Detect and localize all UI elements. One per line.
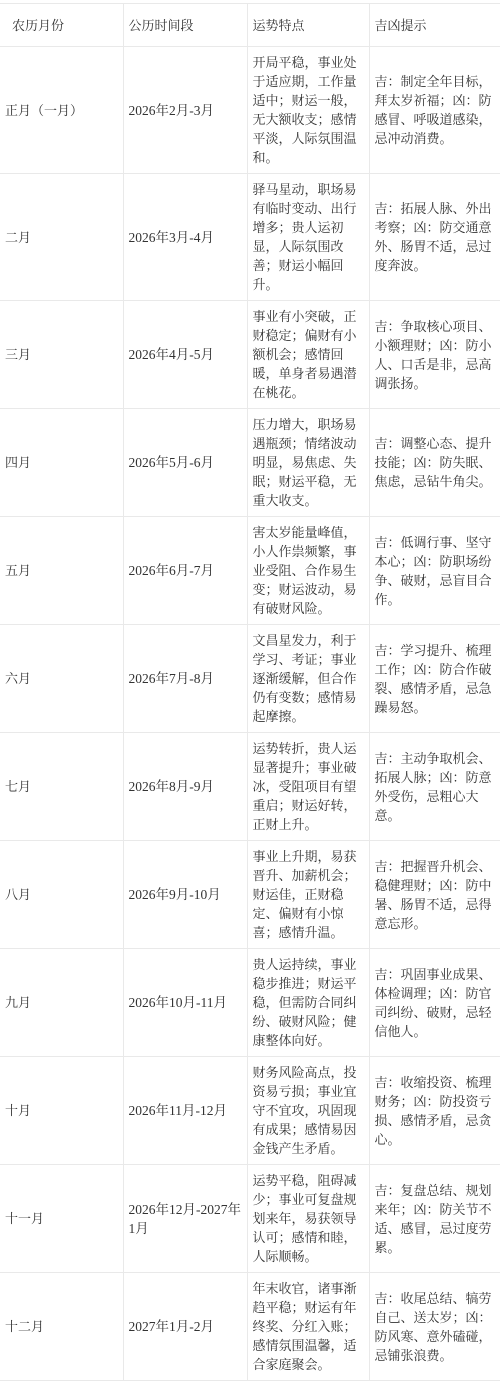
- table-row: 六月 2026年7月-8月 文昌星发力，利于学习、考证；事业逐渐缓解，但合作仍有…: [0, 625, 500, 733]
- table-row: 四月 2026年5月-6月 压力增大，职场易遇瓶颈；情绪波动明显，易焦虑、失眠；…: [0, 409, 500, 517]
- month-cell: 六月: [0, 625, 123, 733]
- month-cell: 十一月: [0, 1165, 123, 1273]
- monthly-fortune-table: 农历月份 公历时间段 运势特点 吉凶提示 正月（一月） 2026年2月-3月 开…: [0, 3, 500, 1381]
- table-row: 八月 2026年9月-10月 事业上升期，易获晋升、加薪机会；财运佳，正财稳定、…: [0, 841, 500, 949]
- table-row: 正月（一月） 2026年2月-3月 开局平稳，事业处于适应期，工作量适中；财运一…: [0, 47, 500, 174]
- table-row: 二月 2026年3月-4月 驿马星动，职场易有临时变动、出行增多；贵人运初显，人…: [0, 174, 500, 301]
- period-cell: 2026年6月-7月: [123, 517, 247, 625]
- features-cell: 事业有小突破，正财稳定；偏财有小额机会；感情回暖，单身者易遇潜在桃花。: [247, 301, 369, 409]
- features-cell: 文昌星发力，利于学习、考证；事业逐渐缓解，但合作仍有变数；感情易起摩擦。: [247, 625, 369, 733]
- month-cell: 五月: [0, 517, 123, 625]
- table-row: 九月 2026年10月-11月 贵人运持续，事业稳步推进；财运平稳，但需防合同纠…: [0, 949, 500, 1057]
- month-cell: 九月: [0, 949, 123, 1057]
- tips-cell: 吉：主动争取机会、拓展人脉；凶：防意外受伤，忌粗心大意。: [369, 733, 500, 841]
- tips-cell: 吉：复盘总结、规划来年；凶：防关节不适、感冒，忌过度劳累。: [369, 1165, 500, 1273]
- period-cell: 2026年11月-12月: [123, 1057, 247, 1165]
- column-header-period: 公历时间段: [123, 4, 247, 47]
- features-cell: 运势平稳，阻碍减少；事业可复盘规划来年，易获领导认可；感情和睦，人际顺畅。: [247, 1165, 369, 1273]
- header-row: 农历月份 公历时间段 运势特点 吉凶提示: [0, 4, 500, 47]
- month-cell: 二月: [0, 174, 123, 301]
- period-cell: 2026年7月-8月: [123, 625, 247, 733]
- table-row: 十一月 2026年12月-2027年1月 运势平稳，阻碍减少；事业可复盘规划来年…: [0, 1165, 500, 1273]
- table-row: 五月 2026年6月-7月 害太岁能量峰值，小人作祟频繁，事业受阻、合作易生变；…: [0, 517, 500, 625]
- tips-cell: 吉：学习提升、梳理工作；凶：防合作破裂、感情矛盾，忌急躁易怒。: [369, 625, 500, 733]
- features-cell: 开局平稳，事业处于适应期，工作量适中；财运一般，无大额收支；感情平淡，人际氛围温…: [247, 47, 369, 174]
- column-header-lunar-month: 农历月份: [0, 4, 123, 47]
- tips-cell: 吉：巩固事业成果、体检调理；凶：防官司纠纷、破财，忌轻信他人。: [369, 949, 500, 1057]
- table-row: 十月 2026年11月-12月 财务风险高点，投资易亏损；事业宜守不宜攻，巩固现…: [0, 1057, 500, 1165]
- tips-cell: 吉：收尾总结、犒劳自己、送太岁；凶：防风寒、意外磕碰，忌铺张浪费。: [369, 1273, 500, 1381]
- month-cell: 十月: [0, 1057, 123, 1165]
- tips-cell: 吉：制定全年目标，拜太岁祈福；凶：防感冒、呼吸道感染，忌冲动消费。: [369, 47, 500, 174]
- features-cell: 驿马星动，职场易有临时变动、出行增多；贵人运初显，人际氛围改善；财运小幅回升。: [247, 174, 369, 301]
- features-cell: 财务风险高点，投资易亏损；事业宜守不宜攻，巩固现有成果；感情易因金钱产生矛盾。: [247, 1057, 369, 1165]
- month-cell: 正月（一月）: [0, 47, 123, 174]
- features-cell: 贵人运持续，事业稳步推进；财运平稳，但需防合同纠纷、破财风险；健康整体向好。: [247, 949, 369, 1057]
- tips-cell: 吉：低调行事、坚守本心；凶：防职场纷争、破财，忌盲目合作。: [369, 517, 500, 625]
- features-cell: 年末收官，诸事渐趋平稳；财运有年终奖、分红入账；感情氛围温馨，适合家庭聚会。: [247, 1273, 369, 1381]
- features-cell: 事业上升期，易获晋升、加薪机会；财运佳，正财稳定、偏财有小惊喜；感情升温。: [247, 841, 369, 949]
- features-cell: 运势转折，贵人运显著提升；事业破冰，受阻项目有望重启；财运好转，正财上升。: [247, 733, 369, 841]
- page: 农历月份 公历时间段 运势特点 吉凶提示 正月（一月） 2026年2月-3月 开…: [0, 0, 500, 1381]
- table-row: 十二月 2027年1月-2月 年末收官，诸事渐趋平稳；财运有年终奖、分红入账；感…: [0, 1273, 500, 1381]
- period-cell: 2026年9月-10月: [123, 841, 247, 949]
- period-cell: 2026年2月-3月: [123, 47, 247, 174]
- features-cell: 压力增大，职场易遇瓶颈；情绪波动明显，易焦虑、失眠；财运平稳，无重大收支。: [247, 409, 369, 517]
- period-cell: 2026年10月-11月: [123, 949, 247, 1057]
- tips-cell: 吉：调整心态、提升技能；凶：防失眠、焦虑，忌钻牛角尖。: [369, 409, 500, 517]
- features-cell: 害太岁能量峰值，小人作祟频繁，事业受阻、合作易生变；财运波动，易有破财风险。: [247, 517, 369, 625]
- tips-cell: 吉：争取核心项目、小额理财；凶：防小人、口舌是非，忌高调张扬。: [369, 301, 500, 409]
- tips-cell: 吉：把握晋升机会、稳健理财；凶：防中暑、肠胃不适，忌得意忘形。: [369, 841, 500, 949]
- month-cell: 十二月: [0, 1273, 123, 1381]
- column-header-tips: 吉凶提示: [369, 4, 500, 47]
- period-cell: 2026年3月-4月: [123, 174, 247, 301]
- period-cell: 2026年12月-2027年1月: [123, 1165, 247, 1273]
- tips-cell: 吉：拓展人脉、外出考察；凶：防交通意外、肠胃不适，忌过度奔波。: [369, 174, 500, 301]
- period-cell: 2026年5月-6月: [123, 409, 247, 517]
- table-row: 七月 2026年8月-9月 运势转折，贵人运显著提升；事业破冰，受阻项目有望重启…: [0, 733, 500, 841]
- month-cell: 八月: [0, 841, 123, 949]
- month-cell: 三月: [0, 301, 123, 409]
- table-row: 三月 2026年4月-5月 事业有小突破，正财稳定；偏财有小额机会；感情回暖，单…: [0, 301, 500, 409]
- month-cell: 四月: [0, 409, 123, 517]
- month-cell: 七月: [0, 733, 123, 841]
- period-cell: 2026年4月-5月: [123, 301, 247, 409]
- tips-cell: 吉：收缩投资、梳理财务；凶：防投资亏损、感情矛盾，忌贪心。: [369, 1057, 500, 1165]
- column-header-features: 运势特点: [247, 4, 369, 47]
- period-cell: 2027年1月-2月: [123, 1273, 247, 1381]
- period-cell: 2026年8月-9月: [123, 733, 247, 841]
